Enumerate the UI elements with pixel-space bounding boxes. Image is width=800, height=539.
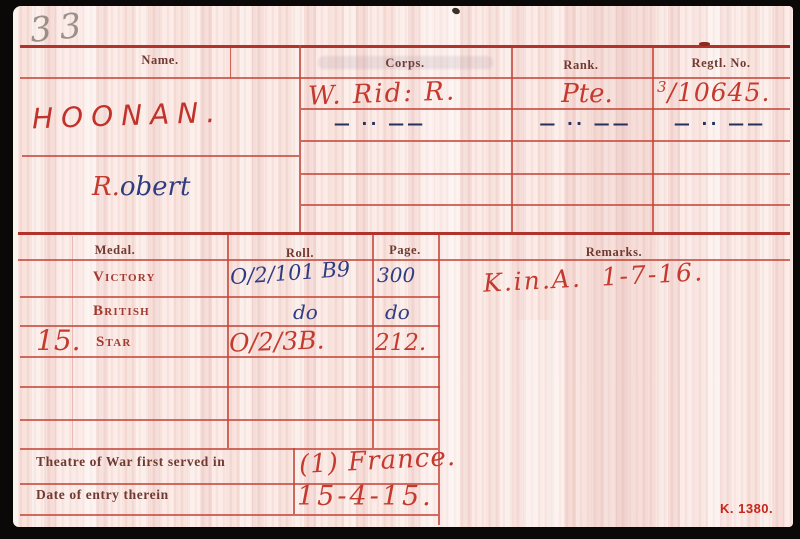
rank-ditto-marks: — ·· —— [528, 114, 643, 133]
pencil-reference-note: 33 [28, 5, 91, 51]
regtl-no-number: /10645. [668, 78, 771, 107]
rule-corps-row2 [301, 140, 790, 142]
rule-name-corps-divider [299, 45, 301, 232]
name-column-header: Name. [100, 53, 220, 68]
corps-value: W. Rid: R. [308, 76, 457, 111]
rule-corps-row3 [301, 173, 790, 175]
rank-column-header: Rank. [521, 58, 641, 73]
page-value-victory: 300 [377, 263, 415, 287]
regtl-ditto-marks: — ·· —— [656, 114, 784, 133]
rank-value: Pte. [532, 79, 642, 109]
form-number: K. 1380. [720, 501, 773, 516]
page-value-british: do [385, 300, 410, 324]
rule-medal-row2 [20, 325, 440, 327]
page-column-header: Page. [375, 243, 435, 258]
rule-footer-bottom [20, 514, 438, 516]
theatre-of-war-label: Theatre of War first served in [36, 454, 266, 470]
rule-footer-divider [293, 448, 295, 514]
rule-roll-page-divider [372, 235, 374, 448]
forename-initial: R. [92, 172, 120, 202]
medal-name-star: Star [96, 334, 132, 351]
forename-value: R.obert [92, 172, 190, 202]
rule-mid-thick [18, 232, 790, 235]
rule-corps-rank-divider [511, 48, 513, 232]
forename-rest: obert [120, 172, 191, 202]
star-margin-note: 15. [36, 324, 81, 357]
regtl-no-value: 3/10645. [657, 78, 770, 107]
corps-column-header: Corps. [345, 56, 465, 71]
rule-medal-row1 [20, 296, 440, 298]
remarks-column-header: Remarks. [554, 245, 674, 260]
corps-ditto-marks: — ·· —— [305, 114, 455, 133]
scanned-card-image: Name. Corps. Rank. Regtl. No. Medal. Rol… [0, 0, 800, 539]
date-of-entry-label: Date of entry therein [36, 487, 236, 503]
page-value-star: 212. [375, 330, 426, 356]
rule-name-header-stub [230, 48, 231, 78]
regtl-no-prefix: 3 [657, 78, 668, 96]
rule-medal-row5 [20, 419, 440, 421]
rule-top-thick [20, 45, 790, 48]
date-of-entry-value: 15-4-15. [297, 481, 434, 512]
medal-name-victory: Victory [93, 269, 156, 286]
roll-value-star: O/2/3B. [229, 325, 325, 357]
medal-column-header: Medal. [55, 243, 175, 258]
rule-page-remarks-divider [438, 235, 440, 525]
rule-rank-regtl-divider [652, 48, 654, 232]
rule-name-mid [22, 155, 299, 157]
rule-medal-row4 [20, 386, 440, 388]
medal-name-british: British [93, 303, 150, 320]
surname-value: HOONAN. [31, 96, 223, 136]
regtl-no-column-header: Regtl. No. [661, 56, 781, 71]
rule-corps-row4 [301, 204, 790, 206]
roll-value-british: do [293, 300, 318, 324]
